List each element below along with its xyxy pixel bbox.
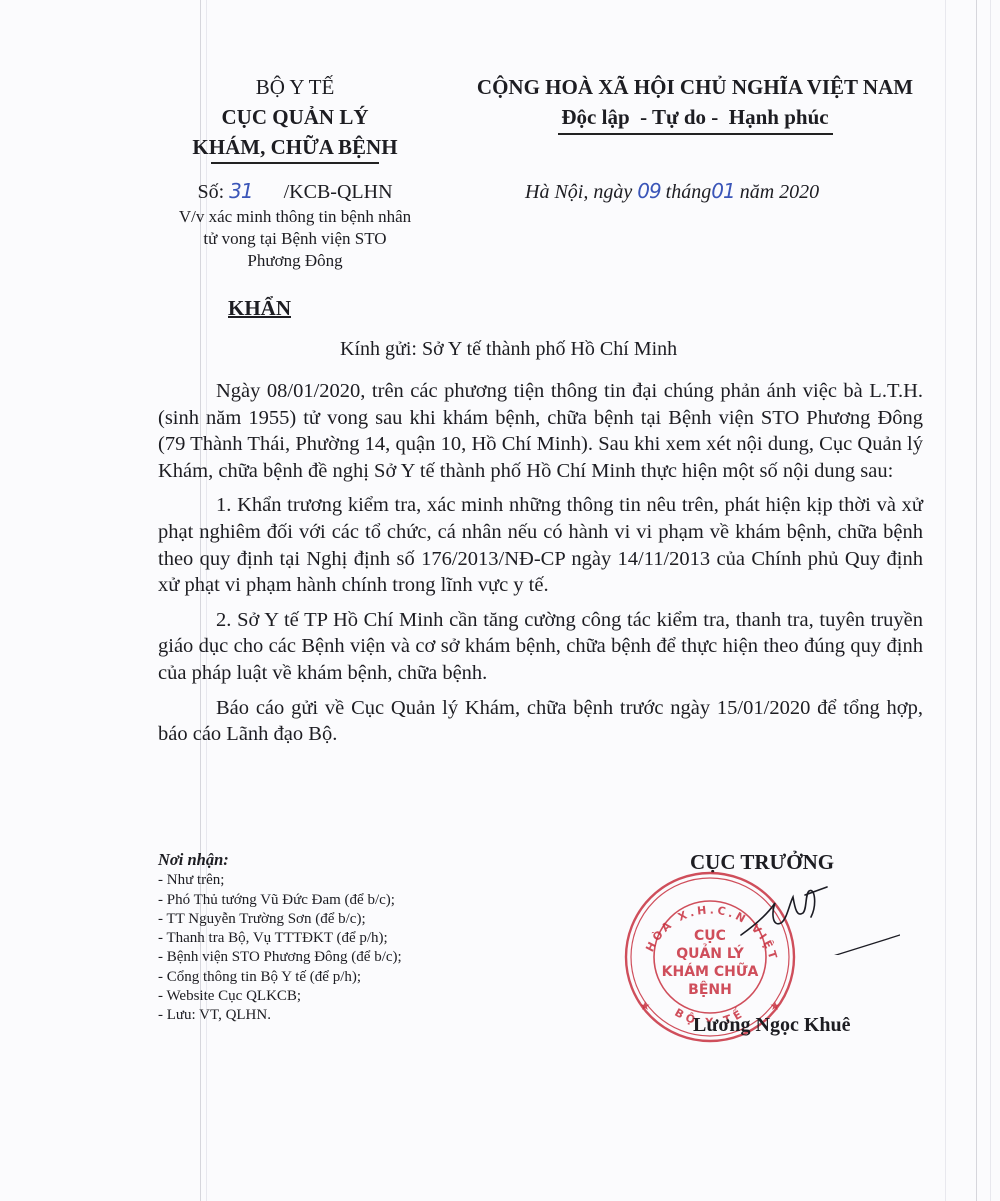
scan-line xyxy=(990,0,991,1201)
national-title: CỘNG HOÀ XÃ HỘI CHỦ NGHĨA VIỆT NAM xyxy=(455,72,935,102)
svg-text:KHÁM CHỮA: KHÁM CHỮA xyxy=(662,962,759,980)
motto-underline xyxy=(558,133,833,135)
body-paragraph-intro: Ngày 08/01/2020, trên các phương tiện th… xyxy=(158,378,923,484)
body-paragraph-report: Báo cáo gửi về Cục Quản lý Khám, chữa bệ… xyxy=(158,695,923,748)
day-handwritten: 09 xyxy=(637,179,660,203)
scan-line xyxy=(945,0,946,1201)
recipient-item: - Thanh tra Bộ, Vụ TTTĐKT (để p/h); xyxy=(158,929,402,948)
urgency-label: KHẨN xyxy=(228,296,291,321)
number-handwritten: 31 xyxy=(229,179,252,203)
subject-line-2: tử vong tại Bệnh viện STO xyxy=(150,228,440,250)
national-header: CỘNG HOÀ XÃ HỘI CHỦ NGHĨA VIỆT NAM Độc l… xyxy=(455,72,935,135)
number-prefix: Số: xyxy=(197,181,224,203)
number-suffix: /KCB-QLHN xyxy=(284,181,393,203)
recipient-item: - Cổng thông tin Bộ Y tế (để p/h); xyxy=(158,968,402,987)
place-prefix: Hà Nội, ngày xyxy=(525,181,632,203)
month-handwritten: 01 xyxy=(711,179,734,203)
subject-line: V/v xác minh thông tin bệnh nhân tử vong… xyxy=(150,206,440,272)
place-date: Hà Nội, ngày 09 tháng01 năm 2020 xyxy=(525,179,819,204)
subject-line-1: V/v xác minh thông tin bệnh nhân xyxy=(150,206,440,228)
recipients-list: Nơi nhận: - Như trên; - Phó Thủ tướng Vũ… xyxy=(158,850,402,1026)
recipient-item: - TT Nguyễn Trường Sơn (để b/c); xyxy=(158,910,402,929)
recipient-item: - Lưu: VT, QLHN. xyxy=(158,1006,402,1025)
header-underline xyxy=(211,162,379,164)
svg-text:★: ★ xyxy=(640,999,651,1013)
handwritten-signature-icon xyxy=(735,875,900,955)
recipient-item: - Như trên; xyxy=(158,871,402,890)
recipients-title: Nơi nhận: xyxy=(158,850,402,869)
issuer-header: BỘ Y TẾ CỤC QUẢN LÝ KHÁM, CHỮA BỆNH xyxy=(170,72,420,164)
signer-name: Lương Ngọc Khuê xyxy=(693,1014,851,1037)
ministry-name: BỘ Y TẾ xyxy=(170,72,420,102)
year-text: năm 2020 xyxy=(740,181,819,203)
body-paragraph-item-2: 2. Sở Y tế TP Hồ Chí Minh cần tăng cường… xyxy=(158,607,923,687)
svg-text:★: ★ xyxy=(770,999,781,1013)
body-paragraph-item-1: 1. Khẩn trương kiểm tra, xác minh những … xyxy=(158,492,923,598)
recipient-item: - Bệnh viện STO Phương Đông (để b/c); xyxy=(158,948,402,967)
svg-text:BỆNH: BỆNH xyxy=(688,980,732,998)
svg-text:CỤC: CỤC xyxy=(694,928,726,944)
recipient-item: - Phó Thủ tướng Vũ Đức Đam (để b/c); xyxy=(158,891,402,910)
subject-line-3: Phương Đông xyxy=(150,250,440,272)
agency-name-line1: CỤC QUẢN LÝ xyxy=(170,102,420,132)
letter-body: Ngày 08/01/2020, trên các phương tiện th… xyxy=(158,378,923,756)
recipient-line: Kính gửi: Sở Y tế thành phố Hồ Chí Minh xyxy=(340,338,677,361)
agency-name-line2: KHÁM, CHỮA BỆNH xyxy=(170,132,420,162)
national-motto: Độc lập - Tự do - Hạnh phúc xyxy=(455,102,935,132)
document-number: Số: 31 /KCB-QLHN xyxy=(170,179,420,204)
month-label: tháng xyxy=(666,181,712,203)
recipient-item: - Website Cục QLKCB; xyxy=(158,987,402,1006)
scan-line xyxy=(976,0,977,1201)
